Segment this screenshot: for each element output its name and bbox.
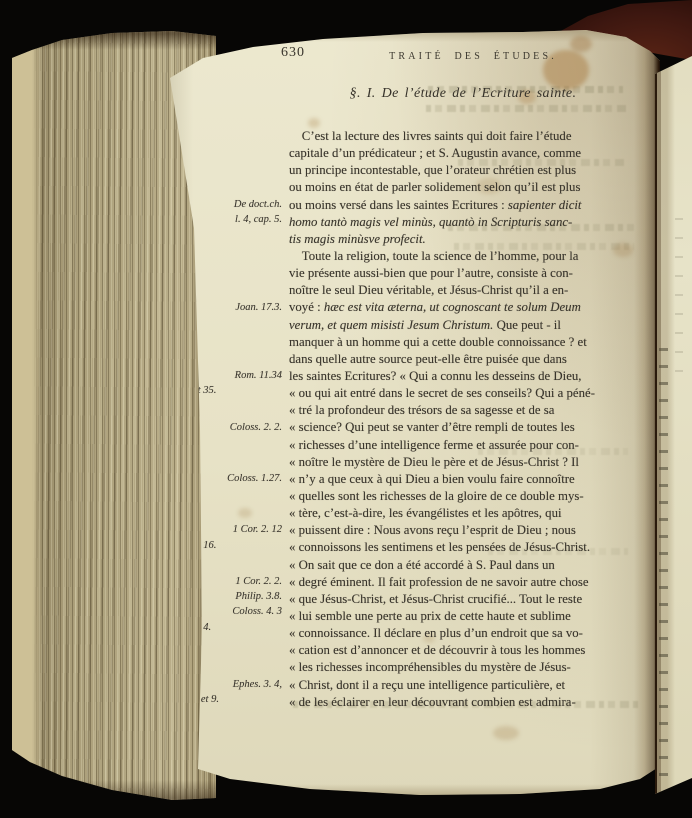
- body-line: voyé : hæc est vita æterna, ut cognoscan…: [289, 299, 648, 316]
- margin-note-line: Coloss. 4. 3: [192, 604, 282, 619]
- body-line: « lui semble une perte au prix de cette …: [289, 608, 648, 625]
- margin-note-line: Philip. 3.8.: [192, 589, 282, 604]
- body-line: « degré éminent. Il fait profession de n…: [289, 574, 648, 591]
- body-line: « connoissance. Il déclare en plus d’un …: [289, 625, 648, 642]
- margin-note: Joan. 17.3.: [192, 300, 282, 315]
- margin-note: Coloss. 1.27.: [192, 471, 282, 486]
- body-line: « ou qui ait entré dans le secret de ses…: [289, 385, 648, 402]
- margin-note-line: Rom. 11.34: [192, 368, 282, 383]
- margin-note: 1 Cor. 2. 2.Philip. 3.8.Coloss. 4. 3et 4…: [192, 574, 282, 635]
- body-line: capitale d’un prédicateur ; et S. August…: [289, 145, 648, 162]
- body-line: « connoissons les sentimens et les pensé…: [289, 539, 648, 556]
- body-line: C’est la lecture des livres saints qui d…: [289, 128, 648, 145]
- foxing-stain: [493, 726, 519, 740]
- running-head: TRAITÉ DES ÉTUDES.: [363, 51, 583, 62]
- margin-note-line: Ephes. 3. 4,: [192, 677, 282, 692]
- body-line: un principe incontestable, que l’orateur…: [289, 162, 648, 179]
- body-line: Toute la religion, toute la science de l…: [289, 248, 648, 265]
- body-line: « quelles sont les richesses de la gloir…: [289, 488, 648, 505]
- body-line: vie présente aussi-bien que pour l’autre…: [289, 265, 648, 282]
- page-number: 630: [281, 45, 305, 61]
- clipped-text-fragments: [659, 348, 668, 778]
- body-line: tis magis minùsve profecit.: [289, 231, 648, 248]
- body-line: dans quelle autre source peut-elle être …: [289, 351, 648, 368]
- margin-note-line: De doct.ch.: [192, 197, 282, 212]
- facing-page-edge: [655, 28, 692, 802]
- body-line: ou moins versé dans les saintes Ecriture…: [289, 197, 648, 214]
- body-line: « n’y a que ceux à qui Dieu a bien voulu…: [289, 471, 648, 488]
- margin-note-line: Coloss. 1.27.: [192, 471, 282, 486]
- margin-note: De doct.ch.l. 4, cap. 5.: [192, 197, 282, 227]
- margin-note: Rom. 11.34et 35.: [192, 368, 282, 398]
- body-line: « tère, c’est-à-dire, les évangélistes e…: [289, 505, 648, 522]
- body-line: « science? Qui peut se vanter d’être rem…: [289, 419, 648, 436]
- margin-note-line: 1 Cor. 2. 12: [192, 522, 282, 537]
- clipped-text-fragments: [675, 218, 683, 388]
- photograph-of-open-book: { "page": { "number": "630", "running_he…: [0, 0, 692, 818]
- margin-note-line: 8 et 9.: [192, 692, 282, 707]
- body-line: « puissent dire : Nous avons reçu l’espr…: [289, 522, 648, 539]
- margin-note-line: l. 4, cap. 5.: [192, 212, 282, 227]
- bleed-through-text: [426, 105, 626, 112]
- body-line: « les richesses incompréhensibles du mys…: [289, 659, 648, 676]
- body-line: « tré la profondeur des trésors de sa sa…: [289, 402, 648, 419]
- margin-note: Ephes. 3. 4,8 et 9.: [192, 677, 282, 707]
- section-heading: §. I. De l’étude de l’Ecriture sainte.: [278, 86, 648, 102]
- body-line: noître le seul Dieu véritable, et Jésus-…: [289, 282, 648, 299]
- body-line: « noître le mystère de Dieu le père et d…: [289, 454, 648, 471]
- margin-note-line: et 4.: [192, 620, 282, 635]
- book-page: 630 TRAITÉ DES ÉTUDES. §. I. De l’étude …: [158, 28, 660, 802]
- body-line: ou moins en état de parler solidement se…: [289, 179, 648, 196]
- body-line: homo tantò magis vel minùs, quantò in Sc…: [289, 214, 648, 231]
- body-line: « richesses d’une intelligence ferme et …: [289, 437, 648, 454]
- body-line: « cation est d’annoncer et de découvrir …: [289, 642, 648, 659]
- margin-note: Coloss. 2. 2.: [192, 420, 282, 435]
- margin-note: 1 Cor. 2. 12et 16.: [192, 522, 282, 552]
- margin-note-line: et 35.: [192, 383, 282, 398]
- margin-note-line: et 16.: [192, 538, 282, 553]
- margin-note-line: Joan. 17.3.: [192, 300, 282, 315]
- body-line: les saintes Ecritures? « Qui a connu les…: [289, 368, 648, 385]
- body-line: « On sait que ce don a été accordé à S. …: [289, 557, 648, 574]
- body-text: C’est la lecture des livres saints qui d…: [289, 128, 648, 711]
- body-line: « que Jésus-Christ, et Jésus-Christ cruc…: [289, 591, 648, 608]
- body-line: « de les éclairer en leur découvrant com…: [289, 694, 648, 711]
- margin-note-line: Coloss. 2. 2.: [192, 420, 282, 435]
- body-line: manquer à un homme qui a cette double co…: [289, 334, 648, 351]
- body-line: verum, et quem misisti Jesum Christum. Q…: [289, 317, 648, 334]
- foxing-stain: [570, 36, 592, 52]
- foxing-stain: [308, 118, 320, 128]
- body-line: « Christ, dont il a reçu une intelligenc…: [289, 677, 648, 694]
- margin-note-line: 1 Cor. 2. 2.: [192, 574, 282, 589]
